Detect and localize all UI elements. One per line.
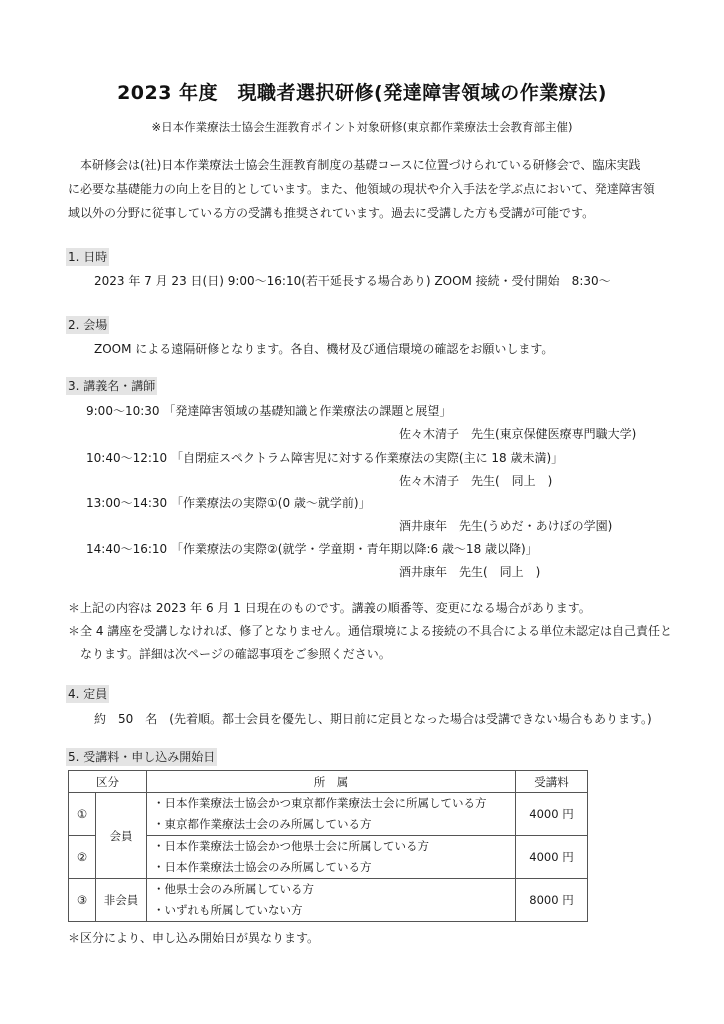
lecture-time: 13:00～14:30 xyxy=(86,496,167,510)
column-header-fee: 受講料 xyxy=(516,771,588,793)
lecture-item: 9:00～10:30 「発達障害領域の基礎知識と作業療法の課題と展望」 xyxy=(86,402,451,419)
affiliation-line: ・日本作業療法士協会かつ東京都作業療法士会に所属している方 xyxy=(153,793,515,814)
lecture-title: 「作業療法の実際①(0 歳～就学前)」 xyxy=(171,496,371,510)
section-heading-lectures: 3. 講義名・講師 xyxy=(66,377,157,395)
lecture-title: 「作業療法の実際②(就学・学童期・青年期以降:6 歳～18 歳以降)」 xyxy=(171,542,538,556)
column-header-affiliation: 所 属 xyxy=(147,771,516,793)
row-affiliation: ・日本作業療法士協会かつ他県士会に所属している方 ・日本作業療法士協会のみ所属し… xyxy=(147,836,516,879)
section-heading-capacity: 4. 定員 xyxy=(66,685,109,703)
row-affiliation: ・日本作業療法士協会かつ東京都作業療法士会に所属している方 ・東京都作業療法士会… xyxy=(147,793,516,836)
lecturer-name: 酒井康年 先生( 同上 ) xyxy=(399,563,540,580)
datetime-text: 2023 年 7 月 23 日(日) 9:00～16:10(若干延長する場合あり… xyxy=(94,272,611,289)
section-heading-datetime: 1. 日時 xyxy=(66,248,109,266)
lecture-note: なります。詳細は次ページの確認事項をご参照ください。 xyxy=(68,645,391,662)
lecture-item: 10:40～12:10 「自閉症スペクトラム障害児に対する作業療法の実際(主に … xyxy=(86,449,563,466)
row-number: ① xyxy=(69,793,96,836)
row-fee: 4000 円 xyxy=(516,793,588,836)
lecture-note: ＊全 4 講座を受講しなければ、修了となりません。通信環境による接続の不具合によ… xyxy=(68,622,672,639)
lecture-time: 9:00～10:30 xyxy=(86,404,160,418)
column-header-category: 区分 xyxy=(69,771,147,793)
table-header-row: 区分 所 属 受講料 xyxy=(69,771,588,793)
section-heading-fees: 5. 受講料・申し込み開始日 xyxy=(66,748,217,766)
intro-line: に必要な基礎能力の向上を目的としています。また、他領域の現状や介入手法を学ぶ点に… xyxy=(68,177,658,201)
row-category: 非会員 xyxy=(96,879,147,922)
lecture-title: 「発達障害領域の基礎知識と作業療法の課題と展望」 xyxy=(163,404,451,418)
affiliation-line: ・日本作業療法士協会かつ他県士会に所属している方 xyxy=(153,836,515,857)
intro-paragraph: 本研修会は(社)日本作業療法士協会生涯教育制度の基礎コースに位置づけられている研… xyxy=(68,153,658,225)
intro-line: 本研修会は(社)日本作業療法士協会生涯教育制度の基礎コースに位置づけられている研… xyxy=(68,153,658,177)
lecture-time: 10:40～12:10 xyxy=(86,451,167,465)
row-fee: 4000 円 xyxy=(516,836,588,879)
lecture-item: 14:40～16:10 「作業療法の実際②(就学・学童期・青年期以降:6 歳～1… xyxy=(86,540,538,557)
table-row: ② ・日本作業療法士協会かつ他県士会に所属している方 ・日本作業療法士協会のみ所… xyxy=(69,836,588,879)
row-affiliation: ・他県士会のみ所属している方 ・いずれも所属していない方 xyxy=(147,879,516,922)
lecture-time: 14:40～16:10 xyxy=(86,542,167,556)
lecture-item: 13:00～14:30 「作業療法の実際①(0 歳～就学前)」 xyxy=(86,494,371,511)
affiliation-line: ・日本作業療法士協会のみ所属している方 xyxy=(153,857,515,878)
intro-line: 域以外の分野に従事している方の受講も推奨されています。過去に受講した方も受講が可… xyxy=(68,201,658,225)
fee-table: 区分 所 属 受講料 ① 会員 ・日本作業療法士協会かつ東京都作業療法士会に所属… xyxy=(68,770,588,922)
row-number: ③ xyxy=(69,879,96,922)
row-fee: 8000 円 xyxy=(516,879,588,922)
row-number: ② xyxy=(69,836,96,879)
venue-text: ZOOM による遠隔研修となります。各自、機材及び通信環境の確認をお願いします。 xyxy=(94,340,553,357)
section-heading-venue: 2. 会場 xyxy=(66,316,109,334)
lecturer-name: 佐々木清子 先生(東京保健医療専門職大学) xyxy=(399,425,636,442)
lecture-note: ＊上記の内容は 2023 年 6 月 1 日現在のものです。講義の順番等、変更に… xyxy=(68,599,591,616)
fee-note: ＊区分により、申し込み開始日が異なります。 xyxy=(68,929,319,946)
lecturer-name: 佐々木清子 先生( 同上 ) xyxy=(399,472,552,489)
affiliation-line: ・他県士会のみ所属している方 xyxy=(153,879,515,900)
row-category: 会員 xyxy=(96,793,147,879)
lecturer-name: 酒井康年 先生(うめだ・あけぼの学園) xyxy=(399,517,612,534)
affiliation-line: ・いずれも所属していない方 xyxy=(153,900,515,921)
document-subtitle: ※日本作業療法士協会生涯教育ポイント対象研修(東京都作業療法士会教育部主催) xyxy=(0,119,724,135)
document-title: 2023 年度 現職者選択研修(発達障害領域の作業療法) xyxy=(0,78,724,105)
affiliation-line: ・東京都作業療法士会のみ所属している方 xyxy=(153,814,515,835)
table-row: ③ 非会員 ・他県士会のみ所属している方 ・いずれも所属していない方 8000 … xyxy=(69,879,588,922)
capacity-text: 約 50 名 (先着順。都士会員を優先し、期日前に定員となった場合は受講できない… xyxy=(94,710,652,727)
lecture-title: 「自閉症スペクトラム障害児に対する作業療法の実際(主に 18 歳未満)」 xyxy=(171,451,563,465)
table-row: ① 会員 ・日本作業療法士協会かつ東京都作業療法士会に所属している方 ・東京都作… xyxy=(69,793,588,836)
